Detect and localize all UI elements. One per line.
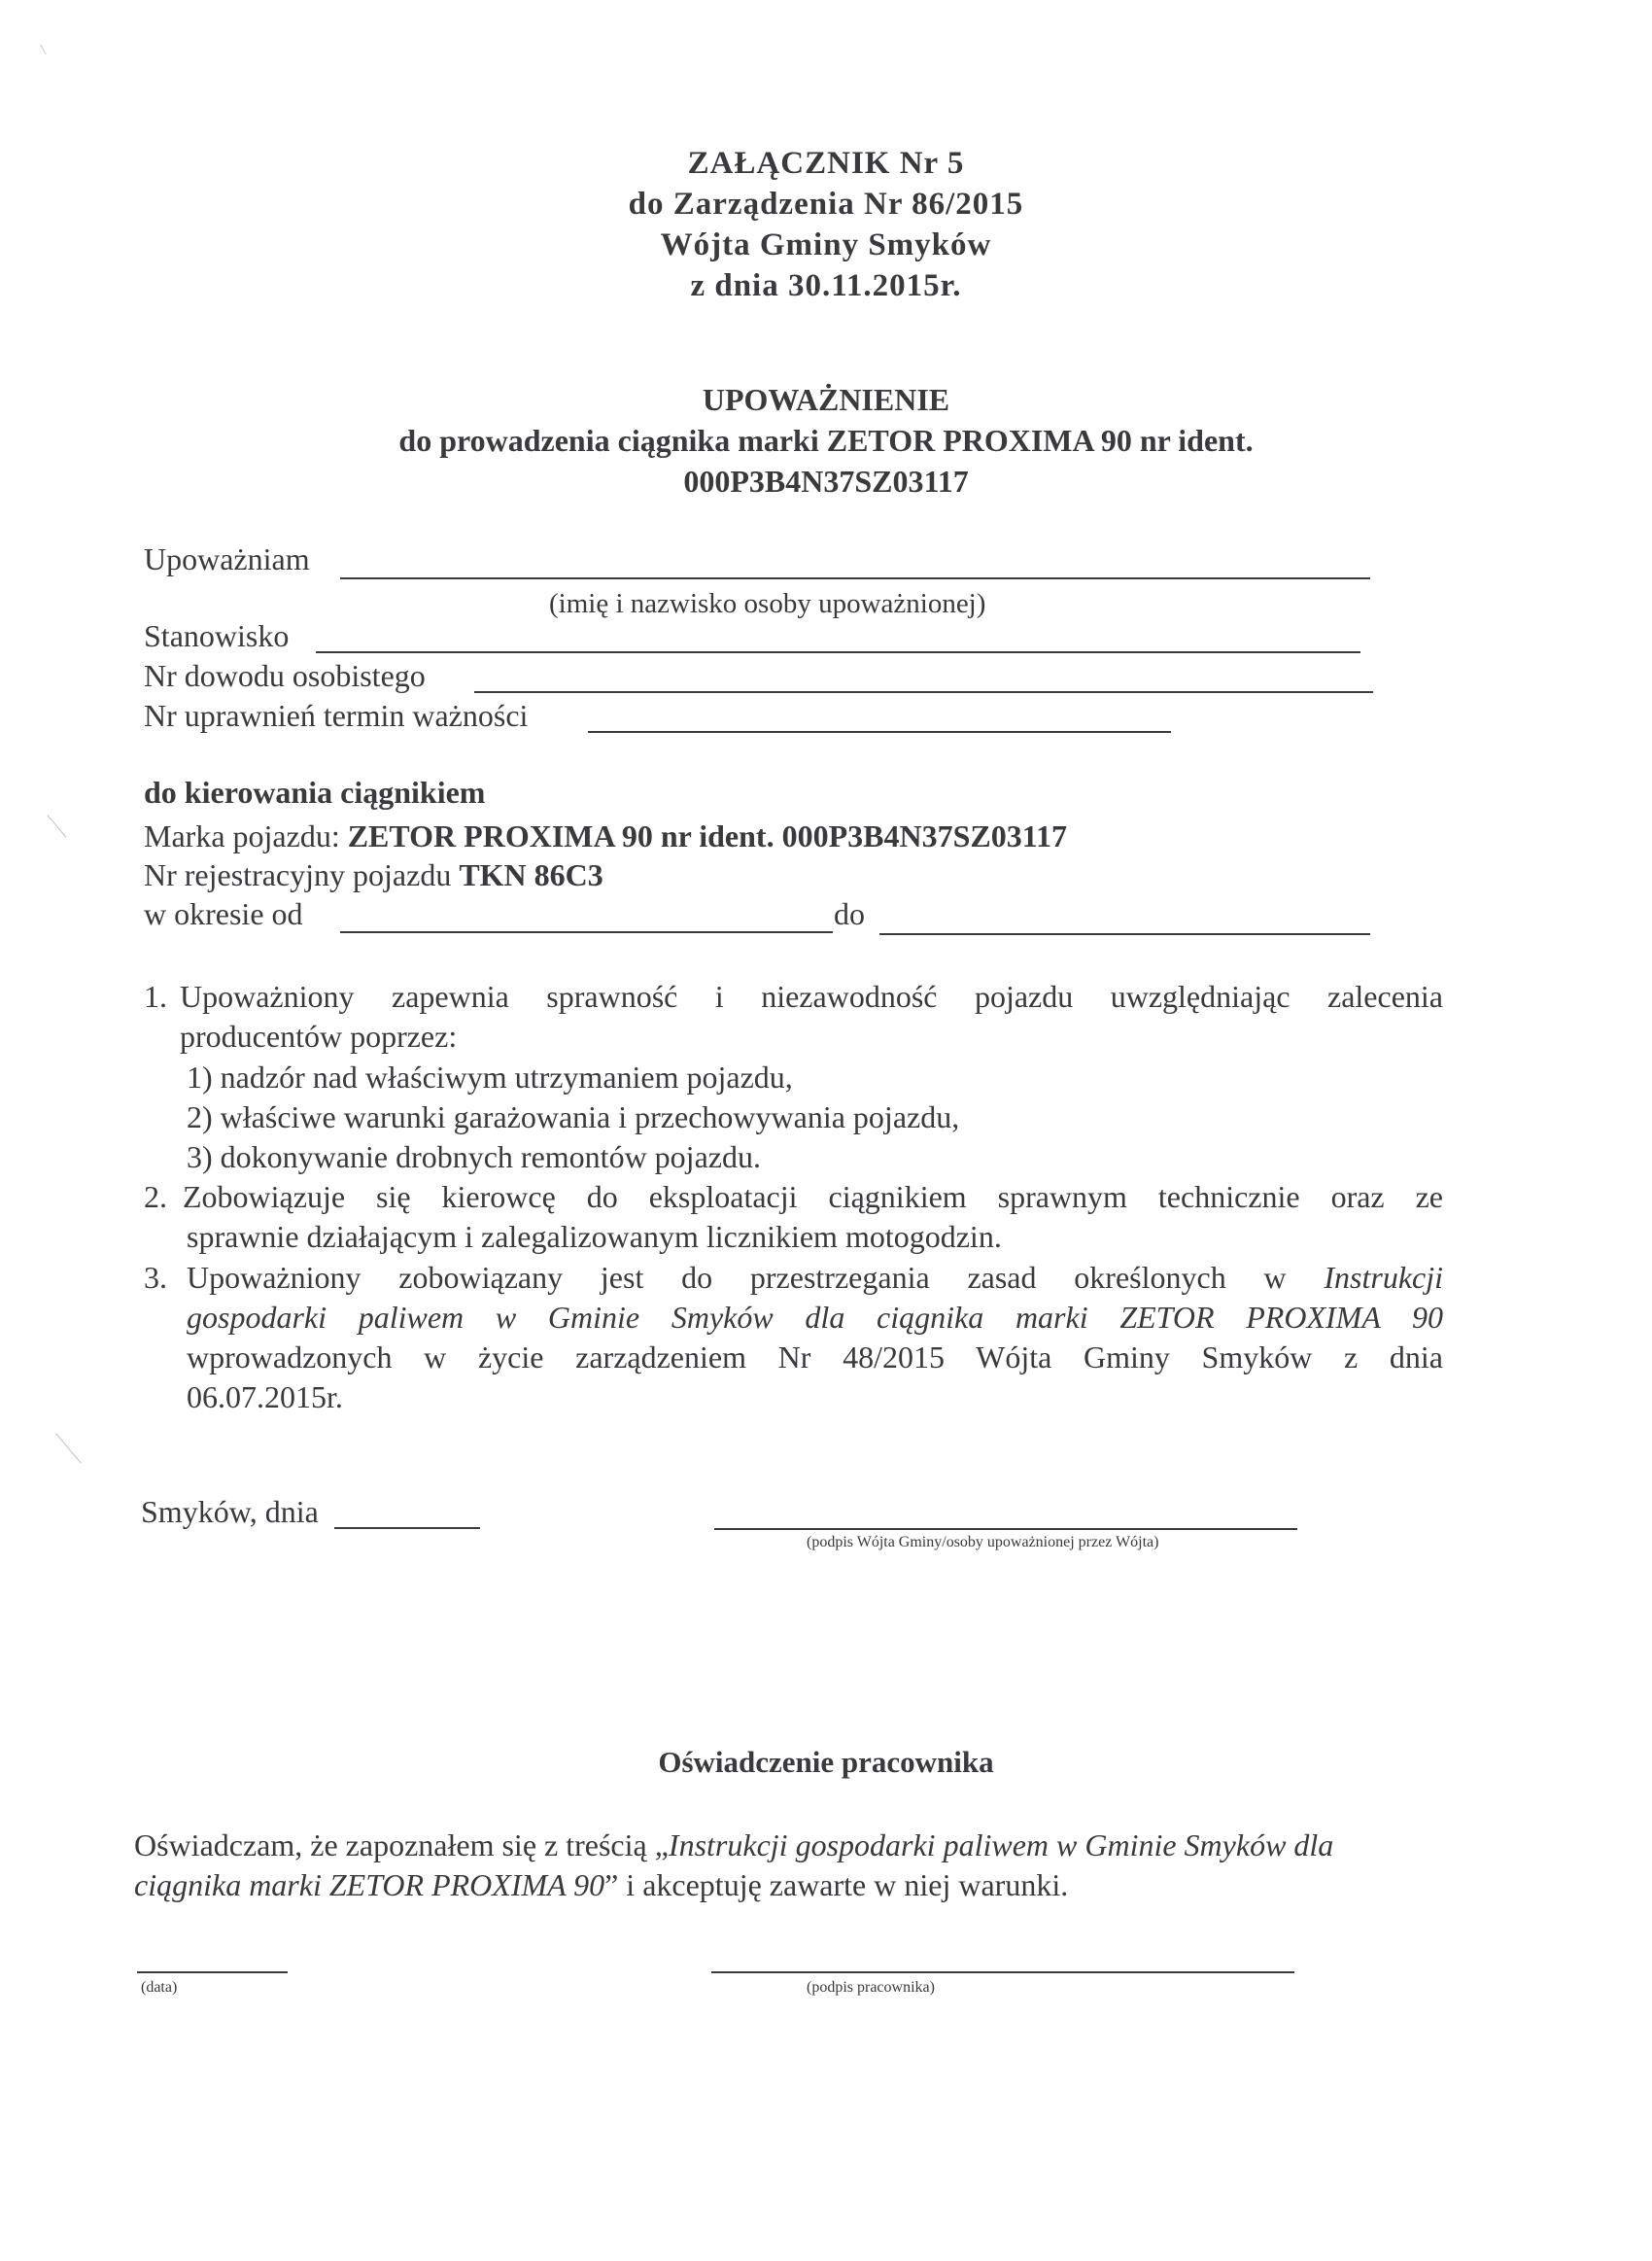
statement-heading: Oświadczenie pracownika bbox=[0, 1745, 1652, 1780]
vehicle-make-value: ZETOR PROXIMA 90 nr ident. 000P3B4N37SZ0… bbox=[348, 818, 1067, 853]
clause-1-subitem: 2) właściwe warunki garażowania i przech… bbox=[187, 1099, 959, 1135]
clause-1-number: 1. bbox=[144, 979, 167, 1015]
statement-text: ” i akceptuję zawarte w niej warunki. bbox=[604, 1867, 1068, 1902]
clause-3-number: 3. bbox=[144, 1260, 167, 1296]
issuer: Wójta Gminy Smyków bbox=[0, 227, 1652, 263]
authorize-field[interactable] bbox=[340, 577, 1370, 579]
authorize-label: Upoważniam bbox=[144, 541, 310, 577]
scan-mark bbox=[55, 1433, 81, 1463]
employee-date-field[interactable] bbox=[137, 1971, 288, 1973]
clause-3-line2: gospodarki paliwem w Gminie Smyków dla c… bbox=[187, 1300, 1443, 1336]
statement-instruction-title: Instrukcji gospodarki paliwem w Gminie S… bbox=[669, 1827, 1333, 1862]
document-title: UPOWAŻNIENIE bbox=[0, 382, 1652, 418]
employee-date-caption: (data) bbox=[141, 1979, 177, 1997]
employee-signature-field[interactable] bbox=[711, 1971, 1294, 1973]
ordinance-date: z dnia 30.11.2015r. bbox=[0, 268, 1652, 304]
vehicle-heading: do kierowania ciągnikiem bbox=[144, 775, 485, 811]
document-subtitle: do prowadzenia ciągnika marki ZETOR PROX… bbox=[0, 423, 1652, 459]
clause-3-text: Upoważniony zobowiązany jest do przestrz… bbox=[187, 1260, 1287, 1295]
mayor-signature-caption: (podpis Wójta Gminy/osoby upoważnionej p… bbox=[807, 1534, 1158, 1551]
position-field[interactable] bbox=[316, 651, 1360, 653]
period-from-field[interactable] bbox=[340, 931, 833, 933]
clause-2-line2: sprawnie działającym i zalegalizowanym l… bbox=[187, 1219, 1002, 1255]
statement-line1: Oświadczam, że zapoznałem się z treścią … bbox=[134, 1827, 1333, 1863]
registration-value: TKN 86C3 bbox=[459, 857, 602, 892]
document-page: ZAŁĄCZNIK Nr 5 do Zarządzenia Nr 86/2015… bbox=[0, 0, 1652, 2261]
scan-mark bbox=[47, 815, 66, 838]
place-date-field[interactable] bbox=[334, 1527, 480, 1529]
license-label: Nr uprawnień termin ważności bbox=[144, 698, 528, 734]
period-from-label: w okresie od bbox=[144, 896, 303, 932]
clause-3-instruction-title: Instrukcji bbox=[1324, 1260, 1443, 1295]
clause-1-subitem: 1) nadzór nad właściwym utrzymaniem poja… bbox=[187, 1060, 793, 1096]
license-field[interactable] bbox=[588, 731, 1171, 733]
scan-mark bbox=[40, 45, 47, 55]
clause-3-line4: 06.07.2015r. bbox=[187, 1379, 343, 1415]
annex-number: ZAŁĄCZNIK Nr 5 bbox=[0, 146, 1652, 182]
id-card-field[interactable] bbox=[474, 691, 1373, 693]
statement-text: Oświadczam, że zapoznałem się z treścią … bbox=[134, 1827, 669, 1862]
clause-1-line1: Upoważniony zapewnia sprawność i niezawo… bbox=[180, 979, 1443, 1015]
employee-signature-caption: (podpis pracownika) bbox=[807, 1979, 935, 1997]
clause-1-subitem: 3) dokonywanie drobnych remontów pojazdu… bbox=[187, 1139, 761, 1175]
clause-3-line1: Upoważniony zobowiązany jest do przestrz… bbox=[187, 1260, 1443, 1296]
registration-label: Nr rejestracyjny pojazdu bbox=[144, 857, 451, 892]
mayor-signature-field[interactable] bbox=[714, 1528, 1297, 1530]
ordinance-number: do Zarządzenia Nr 86/2015 bbox=[0, 187, 1652, 223]
id-card-label: Nr dowodu osobistego bbox=[144, 658, 426, 694]
vehicle-make-label: Marka pojazdu: bbox=[144, 818, 340, 853]
period-to-label: do bbox=[834, 896, 865, 932]
clause-1-line2: producentów poprzez: bbox=[180, 1019, 457, 1055]
statement-line2: ciągnika marki ZETOR PROXIMA 90” i akcep… bbox=[134, 1867, 1068, 1903]
position-label: Stanowisko bbox=[144, 618, 289, 654]
statement-instruction-title: ciągnika marki ZETOR PROXIMA 90 bbox=[134, 1867, 604, 1902]
clause-2-number: 2. bbox=[144, 1179, 167, 1215]
clause-3-line3: wprowadzonych w życie zarządzeniem Nr 48… bbox=[187, 1339, 1443, 1375]
vehicle-make-row: Marka pojazdu: ZETOR PROXIMA 90 nr ident… bbox=[144, 818, 1067, 854]
period-to-field[interactable] bbox=[879, 933, 1370, 935]
authorize-caption: (imię i nazwisko osoby upoważnionej) bbox=[549, 588, 985, 620]
vehicle-ident: 000P3B4N37SZ03117 bbox=[0, 464, 1652, 500]
registration-row: Nr rejestracyjny pojazdu TKN 86C3 bbox=[144, 857, 603, 893]
place-date-label: Smyków, dnia bbox=[141, 1494, 319, 1530]
clause-2-line1: Zobowiązuje się kierowcę do eksploatacji… bbox=[183, 1179, 1443, 1215]
